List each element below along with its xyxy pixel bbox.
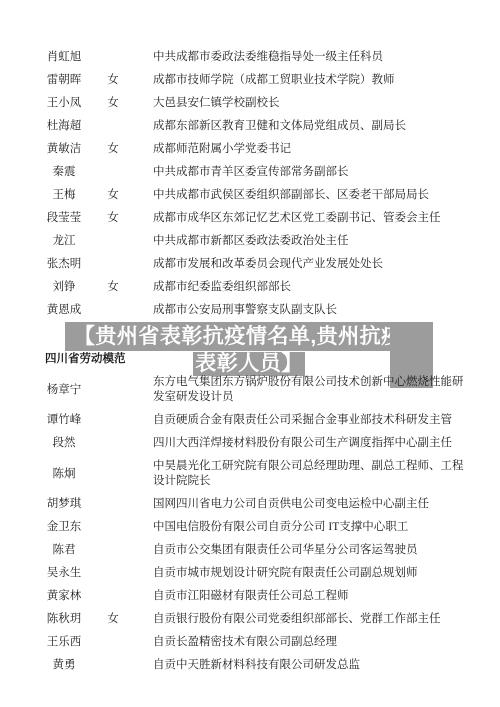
person-name: 吴永生 [45,566,83,581]
person-name: 肖虹旭 [45,50,83,65]
person-title: 成都师范附属小学党委书记 [153,142,467,157]
table-row: 王乐西 自贡长盈精密技术有限公司副总经理 [45,635,500,650]
table-row: 黄恩成 成都市公安局刑事警察支队副支队长 [45,303,500,318]
person-name: 段然 [45,436,83,451]
table-row: 胡梦琪 国网四川省电力公司自贡供电公司变电运检中心副主任 [45,497,500,512]
person-name: 雷朝晖 [45,73,83,88]
person-title: 中共成都市武侯区委组织部副部长、区委老干部局局长 [153,188,467,203]
person-gender: 女 [101,142,125,157]
person-title: 中国电信股份有限公司自贡分公司 IT支撑中心职工 [153,520,467,535]
person-title: 自贡市城市规划设计研究院有限责任公司副总规划师 [153,566,467,581]
table-row: 黄勇 自贡中天胜新材料科技有限公司研发总监 [45,658,500,673]
table-row: 吴永生 自贡市城市规划设计研究院有限责任公司副总规划师 [45,566,500,581]
person-name: 黄恩成 [45,303,83,318]
person-title: 自贡硬质合金有限责任公司采掘合金事业部技术科研发主管 [153,413,467,428]
person-title: 中昊晨光化工研究院有限公司总经理助理、副总工程师、工程设计院院长 [153,459,467,489]
table-row: 雷朝晖 女 成都市技师学院（成都工贸职业技术学院）教师 [45,73,500,88]
person-title: 四川大西洋焊接材料股份有限公司生产调度指挥中心副主任 [153,436,467,451]
person-name: 龙江 [45,234,83,249]
person-gender: 女 [101,280,125,295]
table-row: 王小凤 女 大邑县安仁镇学校副校长 [45,96,500,111]
award-list-group1: 肖虹旭 中共成都市委政法委维稳指导处一级主任科员 雷朝晖 女 成都市技师学院（成… [45,50,500,318]
table-row: 陈炯 中昊晨光化工研究院有限公司总经理助理、副总工程师、工程设计院院长 [45,459,500,489]
person-title: 成都东部新区教育卫健和文体局党组成员、副局长 [153,119,467,134]
person-name: 杨章宁 [45,383,83,398]
person-name: 杜海超 [45,119,83,134]
person-gender: 女 [101,73,125,88]
person-name: 王乐西 [45,635,83,650]
person-name: 黄敏洁 [45,142,83,157]
person-title: 自贡市江阳磁材有限责任公司总工程师 [153,589,467,604]
table-row: 张杰明 成都市发展和改革委员会现代产业发展处处长 [45,257,500,272]
person-name: 陈炯 [45,467,83,482]
person-name: 段莹莹 [45,211,83,226]
person-title: 东方电气集团东方锅炉股份有限公司技术创新中心燃烧性能研发室研发设计员 [153,375,467,405]
table-row: 秦震 中共成都市青羊区委宣传部常务副部长 [45,165,500,180]
person-gender: 女 [101,188,125,203]
table-row: 段莹莹 女 成都市成华区东郊记忆艺术区党工委副书记、管委会主任 [45,211,500,226]
person-name: 黄勇 [45,658,83,673]
person-title: 自贡长盈精密技术有限公司副总经理 [153,635,467,650]
award-list-group2: 杨章宁 东方电气集团东方锅炉股份有限公司技术创新中心燃烧性能研发室研发设计员 谭… [45,375,500,673]
person-name: 张杰明 [45,257,83,272]
person-name: 王小凤 [45,96,83,111]
person-title: 成都市发展和改革委员会现代产业发展处处长 [153,257,467,272]
person-name: 王梅 [45,188,83,203]
document-page: 【贵州省表彰抗疫情名单,贵州抗疫情 表彰人员】 肖虹旭 中共成都市委政法委维稳指… [0,0,500,707]
person-title: 中共成都市委政法委维稳指导处一级主任科员 [153,50,467,65]
table-row: 陈秋玥 女 自贡银行股份有限公司党委组织部部长、党群工作部主任 [45,612,500,627]
table-row: 陈君 自贡市公交集团有限责任公司华星分公司客运驾驶员 [45,543,500,558]
table-row: 谭竹峰 自贡硬质合金有限责任公司采掘合金事业部技术科研发主管 [45,413,500,428]
person-gender: 女 [101,612,125,627]
person-name: 胡梦琪 [45,497,83,512]
person-title: 自贡银行股份有限公司党委组织部部长、党群工作部主任 [153,612,467,627]
table-row: 黄家林 自贡市江阳磁材有限责任公司总工程师 [45,589,500,604]
person-title: 中共成都市新都区委政法委政治处主任 [153,234,467,249]
person-name: 金卫东 [45,520,83,535]
table-row: 肖虹旭 中共成都市委政法委维稳指导处一级主任科员 [45,50,500,65]
person-gender: 女 [101,96,125,111]
person-name: 黄家林 [45,589,83,604]
person-name: 陈君 [45,543,83,558]
table-row: 龙江 中共成都市新都区委政法委政治处主任 [45,234,500,249]
person-title: 成都市公安局刑事警察支队副支队长 [153,303,467,318]
table-row: 刘铮 女 成都市纪委监委组织部部长 [45,280,500,295]
section-header: 四川省劳动模范 [45,352,500,367]
person-title: 成都市成华区东郊记忆艺术区党工委副书记、管委会主任 [153,211,467,226]
person-title: 国网四川省电力公司自贡供电公司变电运检中心副主任 [153,497,467,512]
person-title: 自贡市公交集团有限责任公司华星分公司客运驾驶员 [153,543,467,558]
person-name: 刘铮 [45,280,83,295]
table-row: 王梅 女 中共成都市武侯区委组织部副部长、区委老干部局局长 [45,188,500,203]
table-row: 杨章宁 东方电气集团东方锅炉股份有限公司技术创新中心燃烧性能研发室研发设计员 [45,375,500,405]
person-name: 谭竹峰 [45,413,83,428]
table-row: 金卫东 中国电信股份有限公司自贡分公司 IT支撑中心职工 [45,520,500,535]
person-name: 秦震 [45,165,83,180]
person-gender: 女 [101,211,125,226]
person-name: 陈秋玥 [45,612,83,627]
person-title: 成都市技师学院（成都工贸职业技术学院）教师 [153,73,467,88]
person-title: 中共成都市青羊区委宣传部常务副部长 [153,165,467,180]
table-row: 杜海超 成都东部新区教育卫健和文体局党组成员、副局长 [45,119,500,134]
person-title: 大邑县安仁镇学校副校长 [153,96,467,111]
person-title: 成都市纪委监委组织部部长 [153,280,467,295]
person-title: 自贡中天胜新材料科技有限公司研发总监 [153,658,467,673]
award-list: 肖虹旭 中共成都市委政法委维稳指导处一级主任科员 雷朝晖 女 成都市技师学院（成… [0,0,500,673]
table-row: 段然 四川大西洋焊接材料股份有限公司生产调度指挥中心副主任 [45,436,500,451]
table-row: 黄敏洁 女 成都师范附属小学党委书记 [45,142,500,157]
